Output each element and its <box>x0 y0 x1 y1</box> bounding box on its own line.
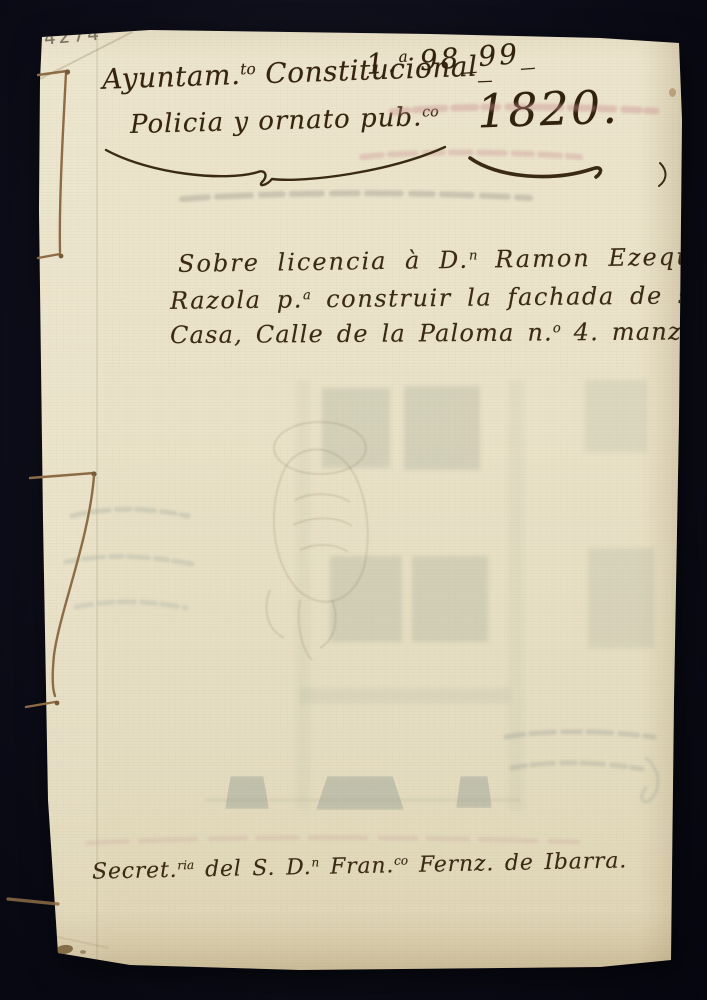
secretary-line: Secret.ria del S. D.n Fran.co Fernz. de … <box>92 848 628 884</box>
ink-stain <box>80 950 86 954</box>
corner-crease <box>48 934 109 949</box>
subject-3-text: Casa, Calle de la Paloma n. <box>170 318 553 349</box>
bleed-window <box>585 380 647 452</box>
subject-line-2: Razola p.a construir la fachada de su <box>170 281 707 315</box>
footer-text-2: del S. D. <box>194 855 312 882</box>
bleed-sill-band <box>300 688 510 704</box>
archive-number: 4274 <box>43 24 102 50</box>
bleed-window <box>330 556 402 642</box>
rust-spot <box>669 88 676 97</box>
folio-rest: 98_99_ <box>407 36 538 78</box>
header-line-2: Policia y ornato pub.co <box>130 102 440 140</box>
superscript-n: n <box>469 248 478 263</box>
footer-text-3: Fran. <box>319 853 394 880</box>
paper-shadow-wrap: 4274 Ayuntam.to Constitucional_ Policia … <box>0 0 707 1000</box>
header-line-2-text: Policia y ornato pub. <box>130 102 423 140</box>
subject-1-rest: Ramon Ezequiel <box>477 242 707 274</box>
folio-text: 1. <box>365 46 400 81</box>
footer-text-4: Fernz. de Ibarra. <box>408 848 627 878</box>
folio-numbers: 1.a 98_99_ <box>365 36 538 81</box>
spine-fold-crease <box>96 32 98 962</box>
footer-text-1: Secret. <box>92 858 178 885</box>
superscript-a: a <box>303 288 311 303</box>
subject-2-text: Razola p. <box>170 285 303 314</box>
bleed-doorway <box>316 776 404 810</box>
superscript-to: to <box>240 60 256 79</box>
bleed-doorway <box>225 776 269 809</box>
photograph-background: 4274 Ayuntam.to Constitucional_ Policia … <box>0 0 707 1000</box>
superscript-co: co <box>422 104 439 120</box>
bleed-window <box>412 556 488 642</box>
year-label: 1820. <box>476 80 620 139</box>
document-cover-page: 4274 Ayuntam.to Constitucional_ Policia … <box>0 0 707 1000</box>
bleed-window <box>322 388 390 468</box>
subject-2-rest: construir la fachada de su <box>311 281 707 313</box>
superscript-o: o <box>553 321 561 336</box>
subject-line-3: Casa, Calle de la Paloma n.o 4. manz.na … <box>170 317 707 349</box>
bleed-wall-edge <box>508 380 524 810</box>
bleed-window <box>404 386 480 470</box>
bleed-doorway <box>456 776 492 808</box>
subject-3-mid: 4. manz. <box>561 317 691 346</box>
bleed-window <box>588 548 654 648</box>
subject-1-text: Sobre licencia à D. <box>178 246 469 278</box>
bleed-wall-edge <box>296 380 310 810</box>
superscript-ria: ria <box>177 858 194 872</box>
superscript-na: na <box>691 320 707 335</box>
subject-line-1: Sobre licencia à D.n Ramon Ezequiel <box>178 242 707 278</box>
header-line-1-text: Ayuntam. <box>102 58 241 96</box>
ink-stain <box>55 944 73 955</box>
superscript-co: co <box>394 853 408 867</box>
